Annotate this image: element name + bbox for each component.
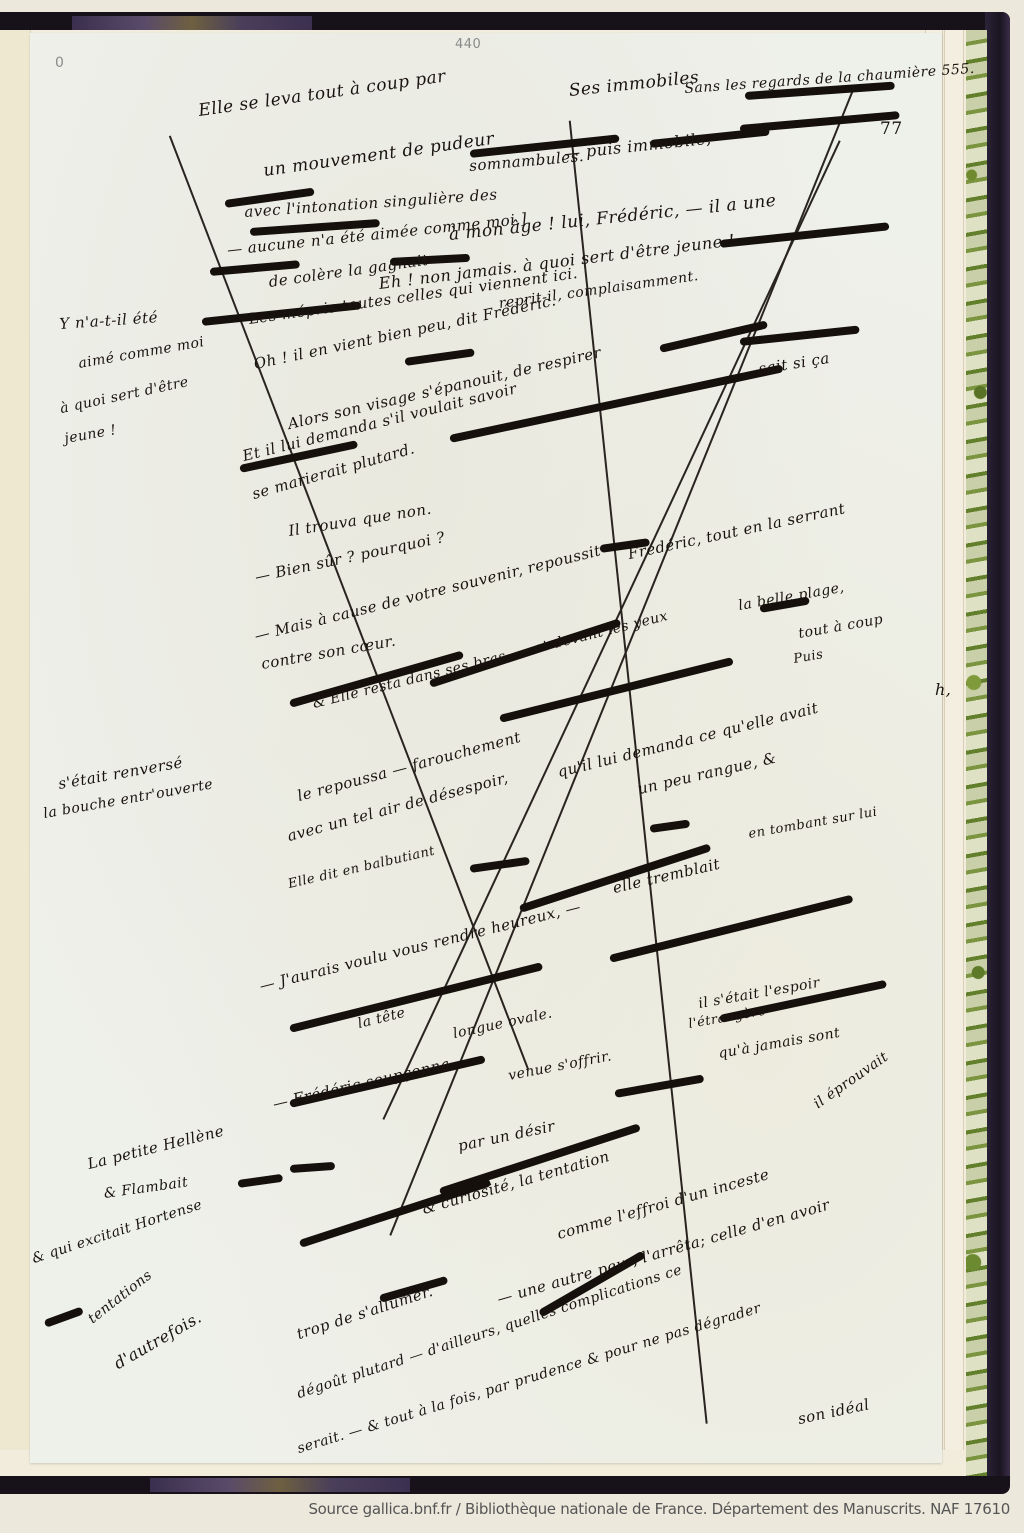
marbled-edge: [965, 30, 987, 1480]
page-stack-edge: [944, 30, 964, 1450]
binding-spine-bottom: [150, 1478, 410, 1492]
pencil-folio-number: 440: [455, 37, 481, 52]
page-number: 77: [880, 119, 903, 139]
binding-bottom: [0, 1476, 1010, 1494]
facing-page-edge: [0, 30, 31, 1450]
binding-right: [985, 12, 1010, 1492]
corner-mark: 0: [55, 55, 64, 71]
manuscript-page: Elle se leva tout à coup parSes immobile…: [30, 33, 942, 1463]
edge-note: h,: [935, 680, 951, 699]
source-caption: Source gallica.bnf.fr / Bibliothèque nat…: [308, 1500, 1010, 1518]
binding-spine-top: [72, 16, 312, 30]
